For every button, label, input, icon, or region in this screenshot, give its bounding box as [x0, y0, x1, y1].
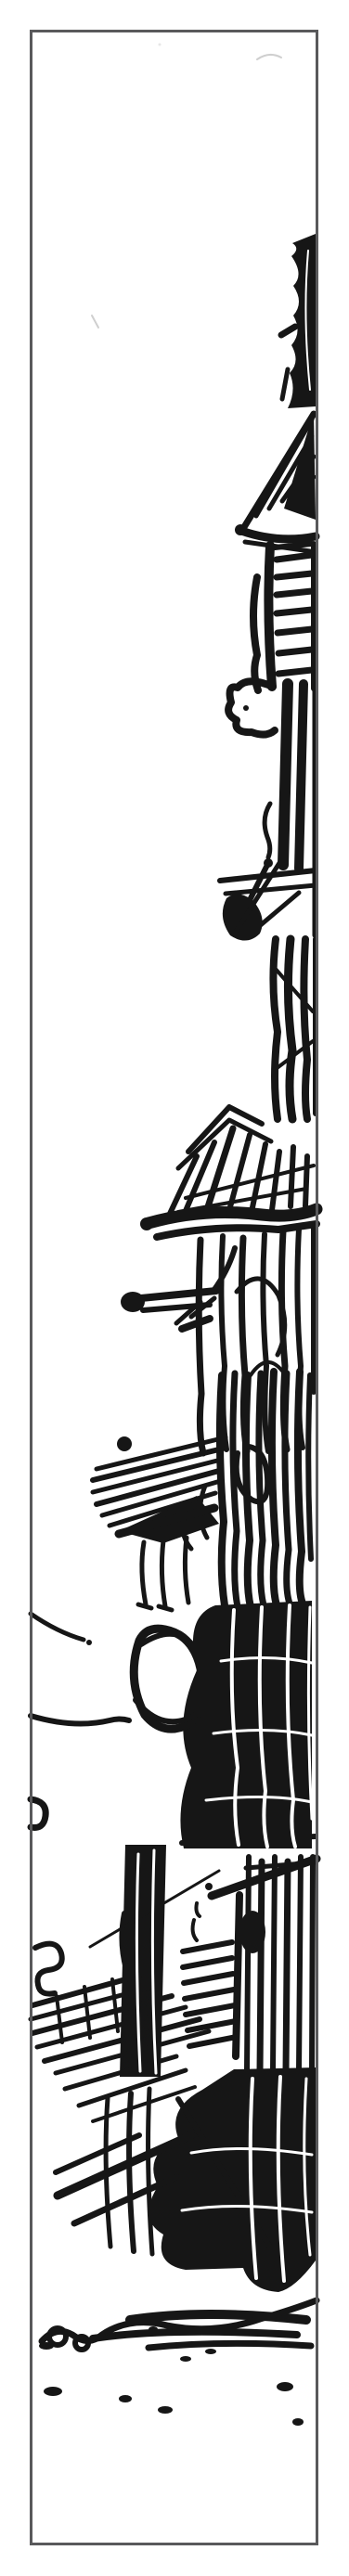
pencil-speck — [159, 44, 162, 46]
pebble — [205, 2349, 216, 2354]
ink-stroke — [220, 1375, 225, 1605]
ink-blob — [86, 1640, 92, 1645]
rung — [277, 610, 312, 613]
stripe — [273, 1857, 275, 2070]
pebble — [158, 2406, 173, 2414]
ink-blob — [205, 1883, 213, 1890]
roof-rib — [291, 1147, 293, 1206]
roof-rib — [305, 1156, 307, 1206]
pebble — [44, 2387, 62, 2396]
pebble — [119, 2395, 132, 2402]
ink-stroke — [283, 684, 288, 865]
ink-blob — [117, 1436, 132, 1451]
stripe — [299, 1857, 301, 2070]
stripe — [312, 1857, 313, 2072]
ink-stroke — [308, 1375, 311, 1559]
rung — [278, 670, 312, 674]
ink-stroke — [288, 939, 292, 1119]
pebble — [277, 2382, 293, 2391]
stripe — [247, 1857, 249, 2070]
rung — [275, 544, 312, 547]
ink-stroke — [246, 1375, 251, 1607]
post — [236, 1895, 239, 2056]
rung — [277, 555, 312, 560]
scanned-sketch-page — [0, 0, 349, 2576]
pebble — [292, 2418, 304, 2426]
rung — [278, 650, 312, 653]
rung — [277, 591, 312, 595]
ink-blob — [243, 705, 249, 711]
ink-stroke — [272, 1372, 277, 1605]
stripe — [260, 1861, 262, 2072]
ink-stroke — [299, 684, 304, 869]
pebble — [180, 2356, 191, 2362]
tower-ink-sketch — [0, 0, 349, 2576]
ink-stroke — [304, 939, 307, 1119]
ink-stroke — [298, 1372, 303, 1604]
stripe — [286, 1861, 288, 2072]
rung — [277, 573, 312, 577]
post — [268, 546, 272, 687]
post — [253, 577, 258, 690]
rung — [278, 629, 312, 633]
